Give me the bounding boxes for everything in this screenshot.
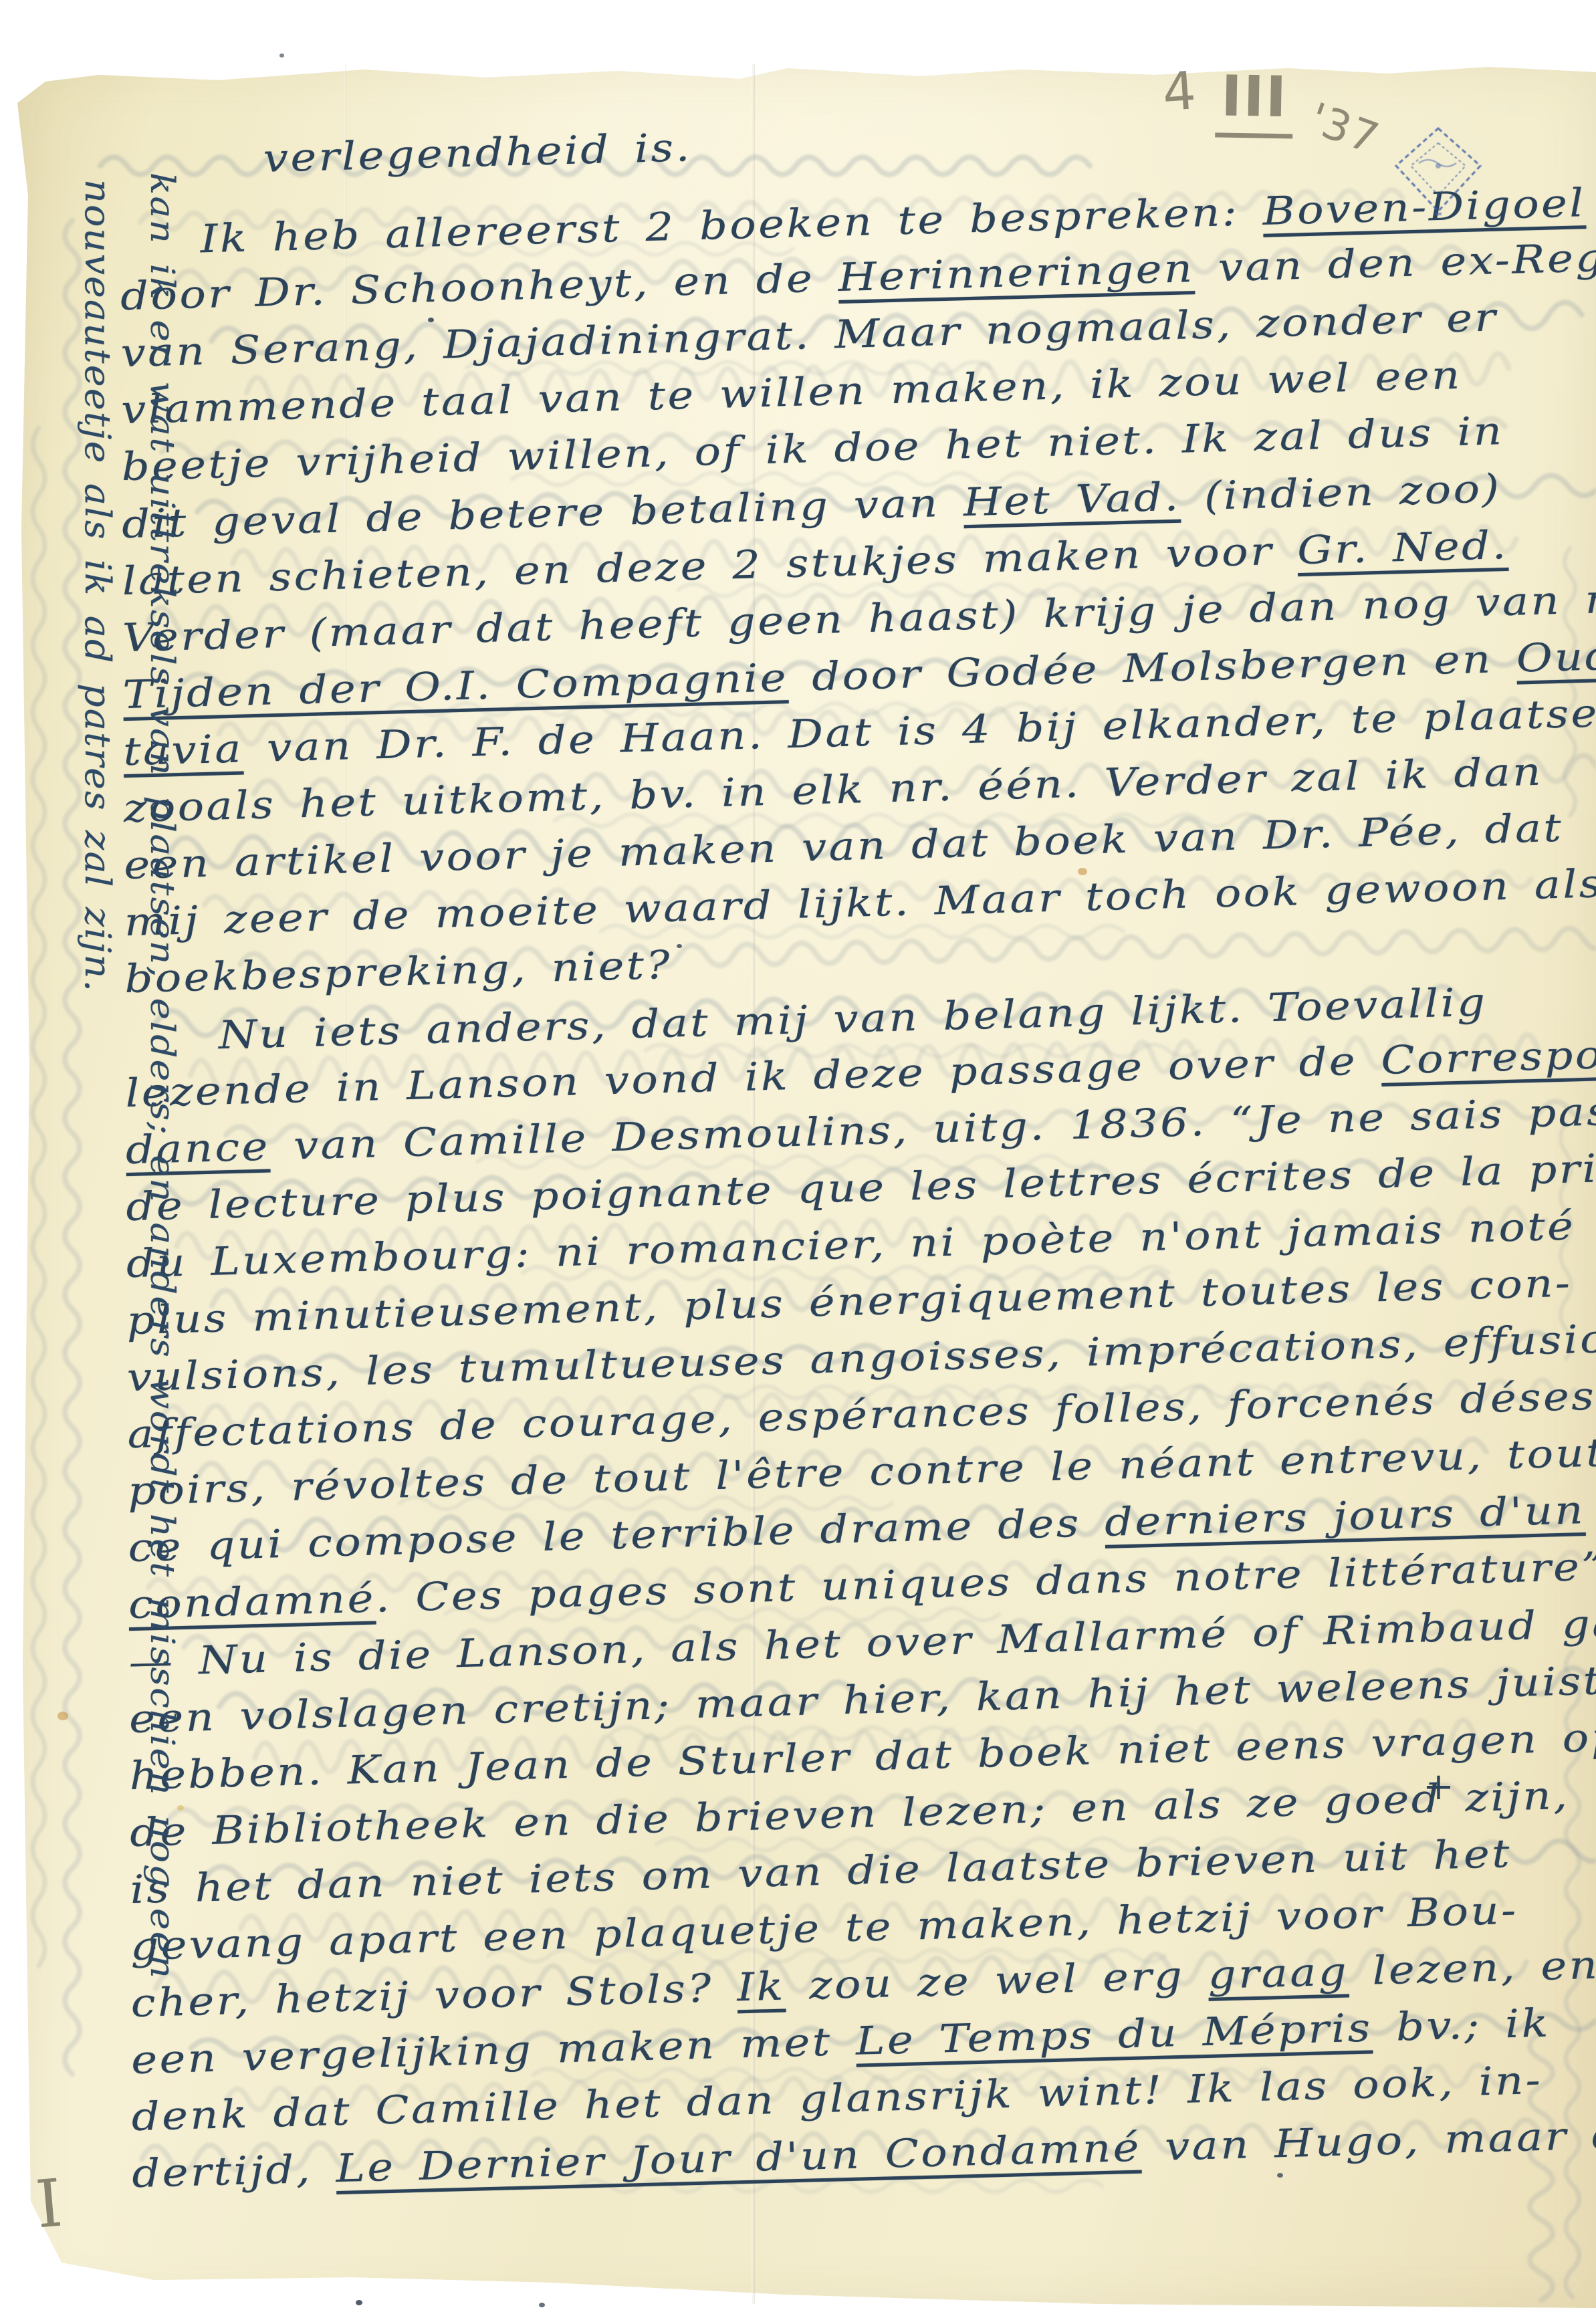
underlined-phrase: Le Temps du Mépris <box>855 2005 1373 2064</box>
phrase: (indien zoo) <box>1180 465 1502 520</box>
phrase: van den ex-Regent <box>1193 233 1596 291</box>
underlined-phrase: derniers jours d'un <box>1104 1487 1586 1545</box>
underlined-phrase: Oud-Ba- <box>1516 630 1596 681</box>
phrase: door Godée Molsbergen en <box>788 635 1517 699</box>
paper-speck <box>279 53 284 57</box>
underlined-phrase: tavia <box>122 725 243 774</box>
pencil-date-day: 4 <box>1161 61 1200 123</box>
phrase: een vergelijking maken met <box>130 2018 856 2083</box>
letter-scan: verlegendheid is.Ik heb allereerst 2 boe… <box>0 0 1596 2308</box>
paper-speck <box>58 1712 68 1720</box>
phrase: boekbespreking, niet? <box>124 942 672 1002</box>
underlined-phrase: Herinneringen <box>838 245 1195 300</box>
margin-plus-mark: + <box>1423 1765 1454 1809</box>
underlined-phrase: Gr. Ned. <box>1296 522 1508 572</box>
archive-stamp-icon <box>1388 124 1488 218</box>
phrase: dertijd, <box>131 2146 336 2197</box>
phrase: dit geval de betere betaling van <box>121 479 963 547</box>
letter-body: verlegendheid is.Ik heb allereerst 2 boe… <box>0 0 1596 2308</box>
underlined-phrase: Het Vad. <box>963 473 1181 524</box>
phrase: van Hugo, maar dat is <box>1141 2109 1596 2170</box>
phrase: lezen, en <box>1348 1942 1596 1994</box>
phrase: door Dr. Schoonheyt, en de <box>120 255 838 319</box>
underlined-phrase: Le Dernier Jour d'un Condamné <box>335 2125 1141 2192</box>
underlined-phrase: Correspon- <box>1381 1030 1596 1083</box>
pencil-date-month: III <box>1215 63 1294 138</box>
margin-line: kan ik er wat uittreksels van plaatsen, … <box>143 172 182 1980</box>
margin-line: nouveauteetje als ik ad patres zal zijn. <box>77 179 118 993</box>
paper-speck <box>177 1805 184 1811</box>
phrase: zou ze wel erg <box>785 1952 1209 2009</box>
underlined-phrase: graag <box>1208 1949 1349 1998</box>
letter-line: boekbespreking, niet? <box>124 942 672 1002</box>
phrase: verlegendheid is. <box>263 124 692 181</box>
underlined-phrase: Ik <box>736 1964 786 2010</box>
letter-line: verlegendheid is. <box>263 124 692 181</box>
phrase: bv.; ik <box>1372 2000 1551 2051</box>
paper-speck <box>356 2300 362 2305</box>
underlined-phrase: Tijden der O.I. Compagnie <box>122 655 789 717</box>
phrase: cher, hetzij voor Stols? <box>130 1964 737 2026</box>
